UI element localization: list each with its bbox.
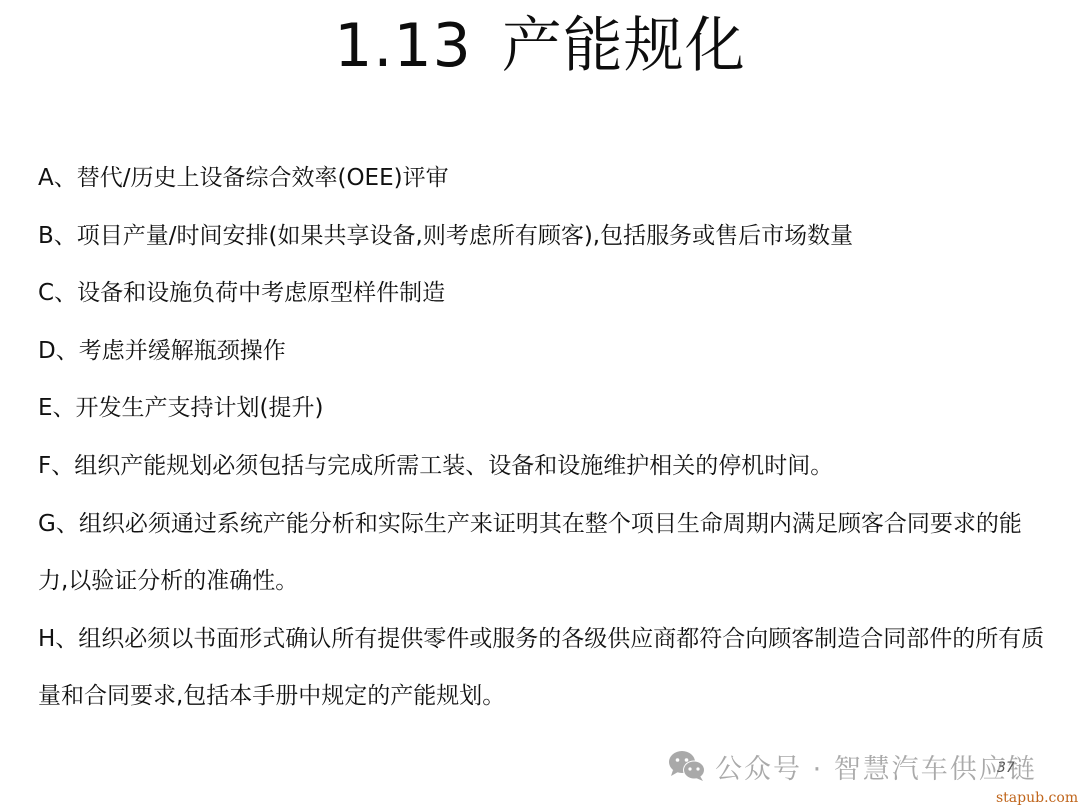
list-item-h: H、组织必须以书面形式确认所有提供零件或服务的各级供应商都符合向顾客制造合同部件…	[38, 611, 1048, 726]
item-label: B	[38, 223, 54, 249]
item-text: 考虑并缓解瓶颈操作	[79, 338, 286, 364]
item-label: H	[38, 626, 55, 652]
item-text: 项目产量/时间安排(如果共享设备,则考虑所有顾客),包括服务或售后市场数量	[77, 223, 853, 249]
list-item-c: C、设备和设施负荷中考虑原型样件制造	[38, 265, 1048, 323]
list-item-g: G、组织必须通过系统产能分析和实际生产来证明其在整个项目生命周期内满足顾客合同要…	[38, 496, 1048, 611]
item-separator: 、	[56, 511, 79, 537]
site-mark: stapub.com	[996, 790, 1078, 806]
list-item-d: D、考虑并缓解瓶颈操作	[38, 323, 1048, 381]
title-text: 产能规化	[502, 11, 746, 81]
list-item-b: B、项目产量/时间安排(如果共享设备,则考虑所有顾客),包括服务或售后市场数量	[38, 208, 1048, 266]
slide-title: 1.13产能规化	[0, 10, 1080, 82]
list-item-e: E、开发生产支持计划(提升)	[38, 380, 1048, 438]
item-separator: 、	[51, 453, 74, 479]
page-number: 37	[997, 760, 1015, 776]
item-text: 开发生产支持计划(提升)	[76, 395, 324, 421]
item-label: D	[38, 338, 56, 364]
wechat-watermark: 公众号 · 智慧汽车供应链	[667, 746, 1037, 786]
requirements-list: A、替代/历史上设备综合效率(OEE)评审 B、项目产量/时间安排(如果共享设备…	[38, 150, 1048, 726]
watermark-text: 公众号 · 智慧汽车供应链	[715, 747, 1037, 786]
title-number: 1.13	[334, 11, 472, 81]
item-separator: 、	[55, 626, 78, 652]
item-label: C	[38, 280, 54, 306]
item-label: E	[38, 395, 53, 421]
item-label: G	[38, 511, 56, 537]
item-text: 组织必须通过系统产能分析和实际生产来证明其在整个项目生命周期内满足顾客合同要求的…	[38, 511, 1022, 595]
item-text: 组织必须以书面形式确认所有提供零件或服务的各级供应商都符合向顾客制造合同部件的所…	[38, 626, 1044, 710]
item-separator: 、	[54, 223, 77, 249]
item-separator: 、	[54, 280, 77, 306]
item-label: A	[38, 165, 54, 191]
item-separator: 、	[54, 165, 77, 191]
list-item-f: F、组织产能规划必须包括与完成所需工装、设备和设施维护相关的停机时间。	[38, 438, 1048, 496]
item-text: 组织产能规划必须包括与完成所需工装、设备和设施维护相关的停机时间。	[74, 453, 833, 479]
item-separator: 、	[53, 395, 76, 421]
item-text: 设备和设施负荷中考虑原型样件制造	[77, 280, 445, 306]
list-item-a: A、替代/历史上设备综合效率(OEE)评审	[38, 150, 1048, 208]
item-label: F	[38, 453, 51, 479]
item-separator: 、	[56, 338, 79, 364]
wechat-icon	[667, 749, 707, 783]
item-text: 替代/历史上设备综合效率(OEE)评审	[77, 165, 449, 191]
